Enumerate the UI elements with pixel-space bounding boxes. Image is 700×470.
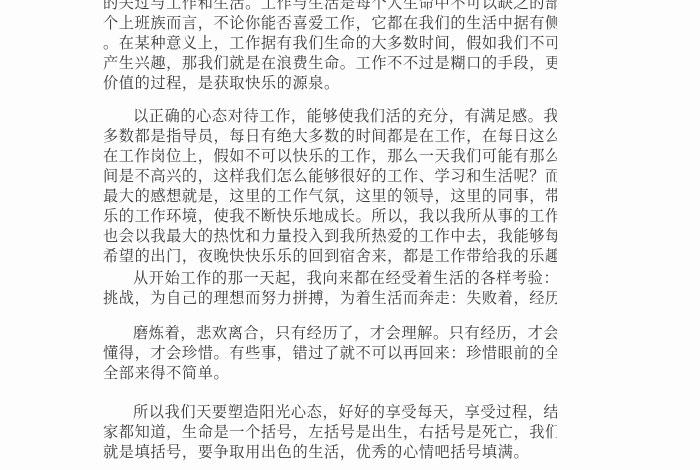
text-line: 家都知道，生命是一个括号，左括号是出生，右括号是死亡，我们要做的事情 xyxy=(103,422,557,442)
text-line: 最大的感想就是，这里的工作气氛，这里的领导，这里的同事，带给我这么快 xyxy=(103,186,557,206)
text-line: 所以我们天要塑造阳光心态，好好的享受每天，享受过程，结果是什么大 xyxy=(103,402,557,422)
text-line: 磨炼着，悲欢离合，只有经历了，才会理解。只有经历，才会懂得：只有 xyxy=(103,323,557,343)
text-line: 间是不高兴的，这样我们怎么能够很好的工作、学习和生活呢？而我在商学院 xyxy=(103,166,557,186)
text-line: 也会以我最大的热忱和力量投入到我所热爱的工作中去，我能够每日清晨满怀 xyxy=(103,226,557,246)
document-page: 的关过与工作和生活。工作与生活是每个人生命中不可以缺之的部分，对于 个上班族而言… xyxy=(0,0,700,470)
text-line: 懂得，才会珍惜。有些事，错过了就不可以再回来：珍惜眼前的全部，由于这 xyxy=(103,343,557,363)
text-line: 以正确的心态对待工作，能够使我们活的充分，有满足感。我们在坐的大 xyxy=(103,106,557,126)
text-line: 就是填括号，要争取用出色的生活，优秀的心情吧括号填满。 xyxy=(103,442,557,462)
text-line: 在工作岗位上，假如不可以快乐的工作，那么一天我们可能有那么那么多的时 xyxy=(103,146,557,166)
text-line: 产生兴趣，那我们就是在浪费生命。工作不不过是糊口的手段，更是实现自我 xyxy=(103,53,557,73)
text-line: 全部来得不简单。 xyxy=(103,363,557,383)
text-line: 乐的工作环境，使我不断快乐地成长。所以，我以我所从事的工作而快乐，我 xyxy=(103,206,557,226)
text-line: 价值的过程，是获取快乐的源泉。 xyxy=(103,73,557,93)
text-line: 希望的出门，夜晚快快乐乐的回到宿舍来，都是工作带给我的乐趣。 xyxy=(103,246,557,266)
text-line: 挑战，为自己的理想而努力拼搏，为着生活而奔走：失败着，经历着。 xyxy=(103,288,557,308)
text-line: 的关过与工作和生活。工作与生活是每个人生命中不可以缺之的部分，对于 xyxy=(103,0,557,13)
text-line: 。在某种意义上，工作据有我们生命的大多数时间，假如我们不可以对的工作 xyxy=(103,33,557,53)
text-line: 从开始工作的那一天起，我向来都在经受着生活的各样考验：接受各样 xyxy=(103,268,557,288)
text-line: 多数都是指导员，每日有绝大多数的时间都是在工作，在每日这么长的时间呆 xyxy=(103,126,557,146)
text-line: 个上班族而言，不论你能否喜爱工作，它都在我们的生活中据有侧重要的地点 xyxy=(103,13,557,33)
